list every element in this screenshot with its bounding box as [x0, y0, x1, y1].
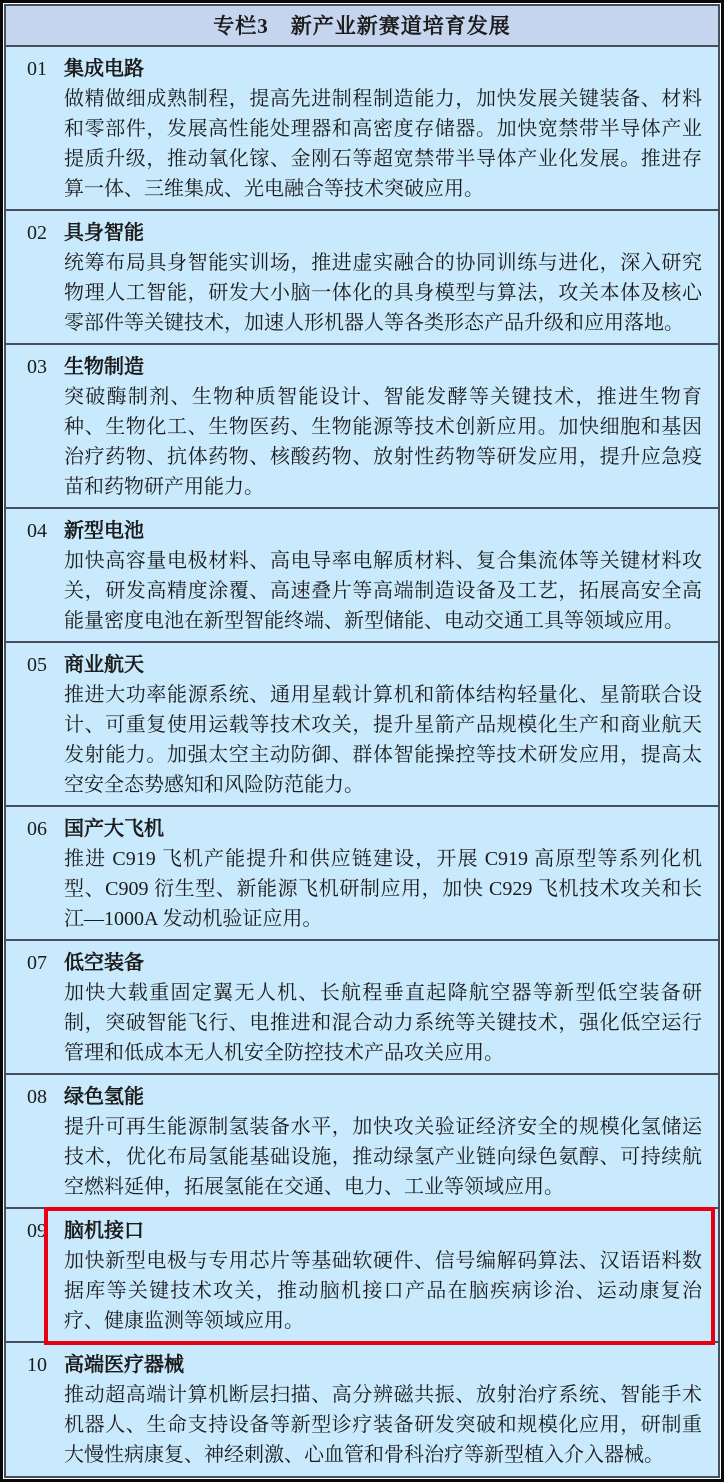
- item-title: 商业航天: [64, 650, 702, 680]
- item-row-10: 10高端医疗器械推动超高端计算机断层扫描、高分辨磁共振、放射治疗系统、智能手术机…: [6, 1343, 718, 1476]
- item-row-09: 09脑机接口加快新型电极与专用芯片等基础软硬件、信号编解码算法、汉语语料数据库等…: [6, 1209, 718, 1343]
- item-number: 08: [6, 1082, 64, 1112]
- item-content: 商业航天推进大功率能源系统、通用星载计算机和箭体结构轻量化、星箭联合设计、可重复…: [64, 650, 718, 800]
- item-number: 09: [6, 1216, 64, 1246]
- item-title: 集成电路: [64, 54, 702, 84]
- item-row-02: 02具身智能统筹布局具身智能实训场，推进虚实融合的协同训练与进化，深入研究物理人…: [6, 211, 718, 345]
- item-number: 06: [6, 814, 64, 844]
- item-body: 突破酶制剂、生物种质智能设计、智能发酵等关键技术，推进生物育种、生物化工、生物医…: [64, 382, 702, 502]
- item-body: 提升可再生能源制氢装备水平，加快攻关验证经济安全的规模化氢储运技术，优化布局氢能…: [64, 1112, 702, 1202]
- item-body: 加快大载重固定翼无人机、长航程垂直起降航空器等新型低空装备研制，突破智能飞行、电…: [64, 978, 702, 1068]
- item-body: 推动超高端计算机断层扫描、高分辨磁共振、放射治疗系统、智能手术机器人、生命支持设…: [64, 1380, 702, 1470]
- item-number: 05: [6, 650, 64, 680]
- item-title: 国产大飞机: [64, 814, 702, 844]
- item-row-03: 03生物制造突破酶制剂、生物种质智能设计、智能发酵等关键技术，推进生物育种、生物…: [6, 345, 718, 509]
- item-row-01: 01集成电路做精做细成熟制程，提高先进制程制造能力，加快发展关键装备、材料和零部…: [6, 47, 718, 211]
- document-page: 专栏3 新产业新赛道培育发展 01集成电路做精做细成熟制程，提高先进制程制造能力…: [0, 0, 724, 1482]
- item-row-07: 07低空装备加快大载重固定翼无人机、长航程垂直起降航空器等新型低空装备研制，突破…: [6, 941, 718, 1075]
- item-title: 低空装备: [64, 948, 702, 978]
- item-content: 集成电路做精做细成熟制程，提高先进制程制造能力，加快发展关键装备、材料和零部件，…: [64, 54, 718, 204]
- item-number: 04: [6, 516, 64, 546]
- item-number: 07: [6, 948, 64, 978]
- item-number: 10: [6, 1350, 64, 1380]
- item-content: 生物制造突破酶制剂、生物种质智能设计、智能发酵等关键技术，推进生物育种、生物化工…: [64, 352, 718, 502]
- item-title: 具身智能: [64, 218, 702, 248]
- item-body: 做精做细成熟制程，提高先进制程制造能力，加快发展关键装备、材料和零部件，发展高性…: [64, 84, 702, 204]
- item-body: 统筹布局具身智能实训场，推进虚实融合的协同训练与进化，深入研究物理人工智能，研发…: [64, 248, 702, 338]
- page-margin: 专栏3 新产业新赛道培育发展 01集成电路做精做细成熟制程，提高先进制程制造能力…: [3, 3, 721, 1479]
- item-body: 加快高容量电极材料、高电导率电解质材料、复合集流体等关键材料攻关，研发高精度涂覆…: [64, 546, 702, 636]
- item-body: 推进 C919 飞机产能提升和供应链建设，开展 C919 高原型等系列化机型、C…: [64, 844, 702, 934]
- item-title: 生物制造: [64, 352, 702, 382]
- column-title: 专栏3 新产业新赛道培育发展: [6, 6, 718, 47]
- item-row-08: 08绿色氢能提升可再生能源制氢装备水平，加快攻关验证经济安全的规模化氢储运技术，…: [6, 1075, 718, 1209]
- item-row-04: 04新型电池加快高容量电极材料、高电导率电解质材料、复合集流体等关键材料攻关，研…: [6, 509, 718, 643]
- item-number: 03: [6, 352, 64, 382]
- item-title: 脑机接口: [64, 1216, 702, 1246]
- item-content: 绿色氢能提升可再生能源制氢装备水平，加快攻关验证经济安全的规模化氢储运技术，优化…: [64, 1082, 718, 1202]
- item-content: 国产大飞机推进 C919 飞机产能提升和供应链建设，开展 C919 高原型等系列…: [64, 814, 718, 934]
- item-body: 加快新型电极与专用芯片等基础软硬件、信号编解码算法、汉语语料数据库等关键技术攻关…: [64, 1246, 702, 1336]
- item-body: 推进大功率能源系统、通用星载计算机和箭体结构轻量化、星箭联合设计、可重复使用运载…: [64, 680, 702, 800]
- item-row-05: 05商业航天推进大功率能源系统、通用星载计算机和箭体结构轻量化、星箭联合设计、可…: [6, 643, 718, 807]
- item-content: 脑机接口加快新型电极与专用芯片等基础软硬件、信号编解码算法、汉语语料数据库等关键…: [64, 1216, 718, 1336]
- item-content: 新型电池加快高容量电极材料、高电导率电解质材料、复合集流体等关键材料攻关，研发高…: [64, 516, 718, 636]
- item-title: 绿色氢能: [64, 1082, 702, 1112]
- item-title: 高端医疗器械: [64, 1350, 702, 1380]
- item-row-06: 06国产大飞机推进 C919 飞机产能提升和供应链建设，开展 C919 高原型等…: [6, 807, 718, 941]
- item-title: 新型电池: [64, 516, 702, 546]
- item-content: 具身智能统筹布局具身智能实训场，推进虚实融合的协同训练与进化，深入研究物理人工智…: [64, 218, 718, 338]
- item-content: 低空装备加快大载重固定翼无人机、长航程垂直起降航空器等新型低空装备研制，突破智能…: [64, 948, 718, 1068]
- item-number: 02: [6, 218, 64, 248]
- item-number: 01: [6, 54, 64, 84]
- item-list: 01集成电路做精做细成熟制程，提高先进制程制造能力，加快发展关键装备、材料和零部…: [6, 47, 718, 1476]
- special-column-box: 专栏3 新产业新赛道培育发展 01集成电路做精做细成熟制程，提高先进制程制造能力…: [4, 4, 720, 1478]
- item-content: 高端医疗器械推动超高端计算机断层扫描、高分辨磁共振、放射治疗系统、智能手术机器人…: [64, 1350, 718, 1470]
